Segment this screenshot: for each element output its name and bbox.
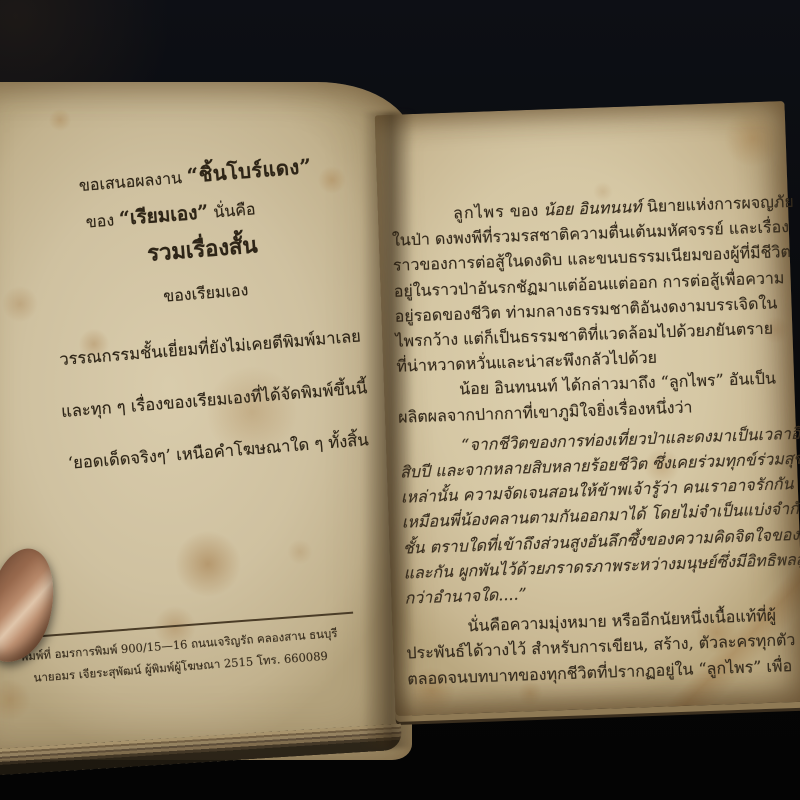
left-page: ขอเสนอผลงาน “ชิ้นโบร์แดง” ของ “เรียมเอง”… bbox=[0, 82, 412, 760]
line1-rest: นิยายแห่งการผจญภัย bbox=[647, 192, 794, 216]
work-title: “ชิ้นโบร์แดง” bbox=[186, 154, 313, 188]
right-page-text: ลูกไพร ของ น้อย อินทนนท์ นิยายแห่งการผจญ… bbox=[391, 190, 786, 692]
right-page: ลูกไพร ของ น้อย อินทนนท์ นิยายแห่งการผจญ… bbox=[375, 101, 800, 716]
collection-heading: รวมเรื่องสั้น bbox=[22, 221, 383, 279]
present-label: ขอเสนอผลงาน bbox=[78, 168, 182, 195]
author-name: “เรียมเอง” bbox=[118, 201, 209, 230]
gutter-shadow bbox=[362, 112, 414, 748]
imprint-block: พิมพ์ที่ อมรการพิมพ์ 900/15—16 ถนนเจริญร… bbox=[2, 612, 357, 691]
of-label: ของ bbox=[510, 201, 539, 221]
author-name: น้อย อินทนนท์ bbox=[543, 197, 642, 219]
book-title: ลูกไพร bbox=[453, 202, 505, 223]
of-label: ของ bbox=[85, 210, 115, 231]
blurb: วรรณกรรมชั้นเยี่ยมที่ยังไม่เคยตีพิมพ์มาเ… bbox=[29, 308, 400, 492]
that-is-label: นั่นคือ bbox=[213, 199, 257, 221]
book-photo-background: ขอเสนอผลงาน “ชิ้นโบร์แดง” ของ “เรียมเอง”… bbox=[0, 0, 800, 800]
left-page-text: ขอเสนอผลงาน “ชิ้นโบร์แดง” ของ “เรียมเอง”… bbox=[16, 148, 400, 492]
